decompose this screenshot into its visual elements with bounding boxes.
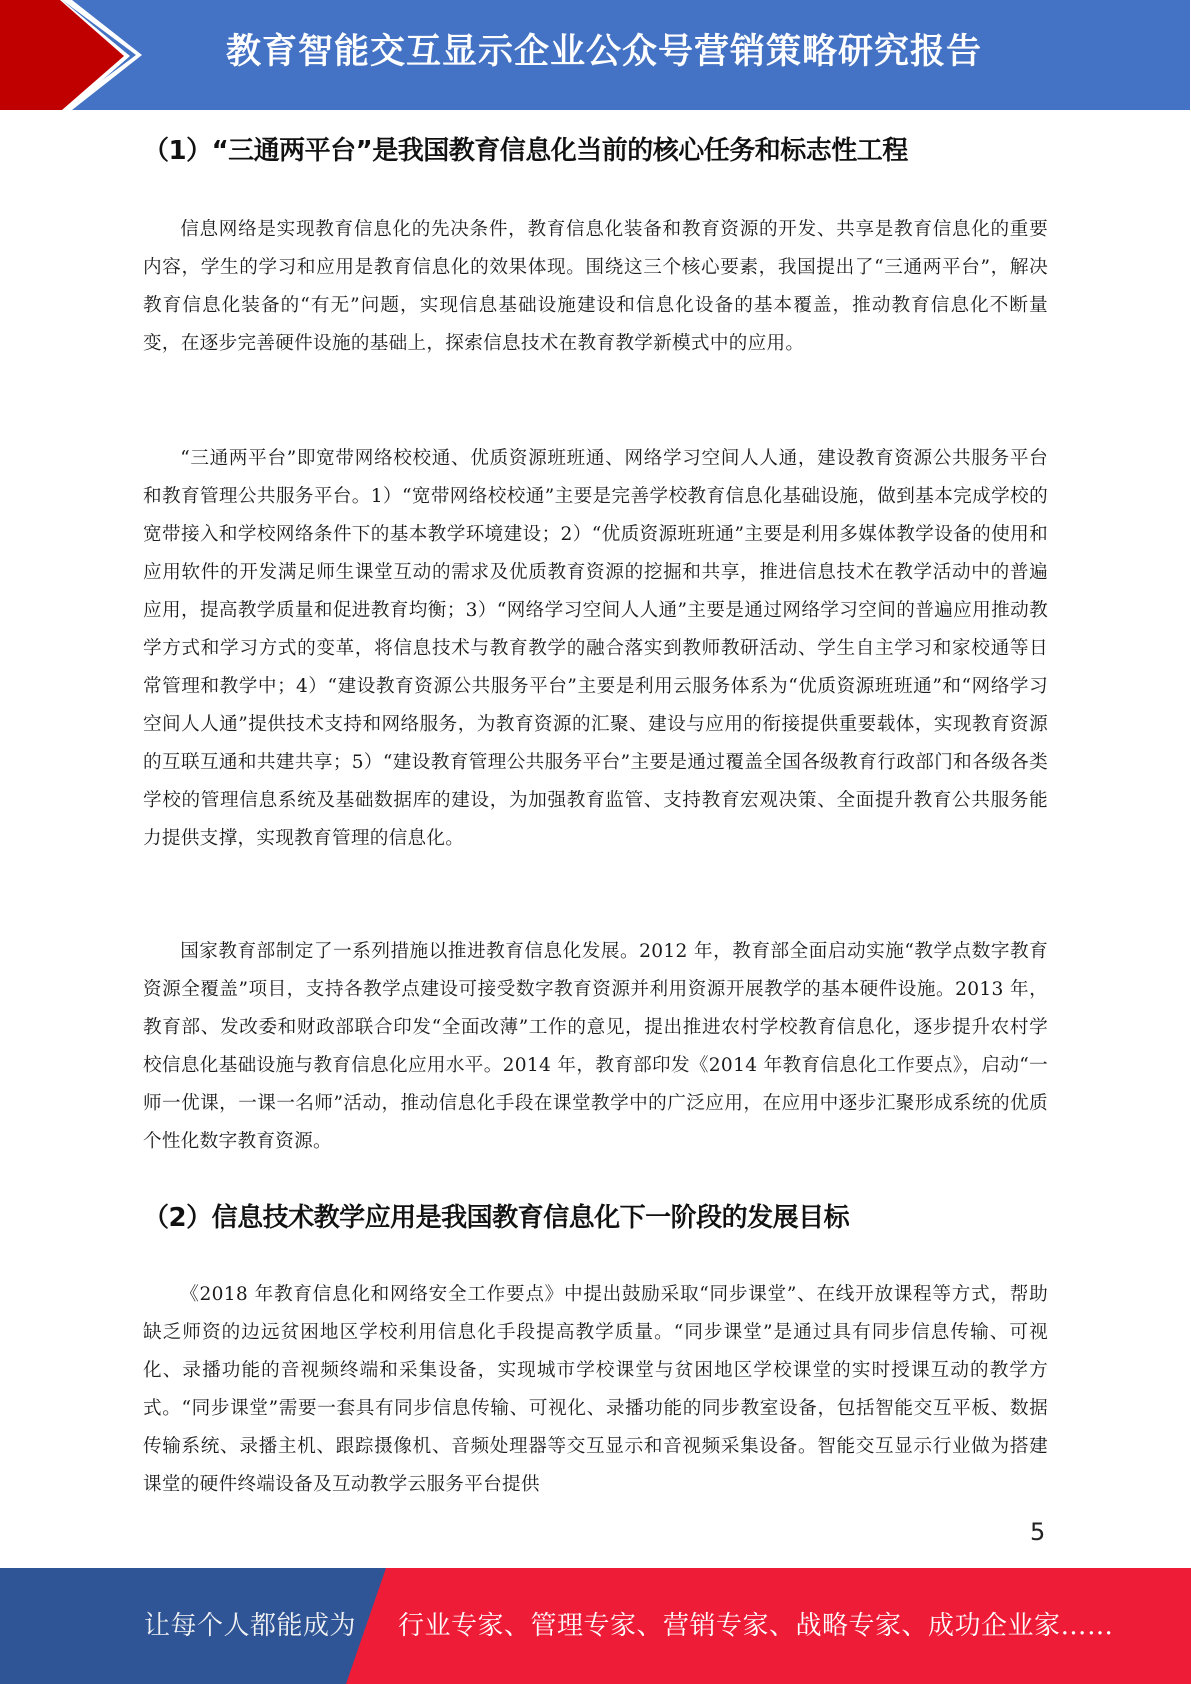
chevron-arrow-icon [0,0,160,110]
paragraph: 信息网络是实现教育信息化的先决条件，教育信息化装备和教育资源的开发、共享是教育信… [143,211,1048,363]
paragraph: 《2018 年教育信息化和网络安全工作要点》中提出鼓励采取“同步课堂”、在线开放… [143,1276,1048,1504]
footer-slogan-right: 行业专家、管理专家、营销专家、战略专家、成功企业家…… [398,1568,1114,1684]
section-heading-2: （2）信息技术教学应用是我国教育信息化下一阶段的发展目标 [143,1197,849,1234]
page-number: 5 [1030,1518,1045,1546]
footer-banner: 让每个人都能成为 行业专家、管理专家、营销专家、战略专家、成功企业家…… [0,1568,1191,1684]
report-header-banner: 教育智能交互显示企业公众号营销策略研究报告 [0,0,1190,110]
footer-slogan-left: 让每个人都能成为 [144,1568,356,1684]
paragraph: “三通两平台”即宽带网络校校通、优质资源班班通、网络学习空间人人通，建设教育资源… [143,440,1048,858]
section-heading-1: （1）“三通两平台”是我国教育信息化当前的核心任务和标志性工程 [143,130,908,167]
paragraph: 国家教育部制定了一系列措施以推进教育信息化发展。2012 年，教育部全面启动实施… [143,933,1048,1161]
report-title: 教育智能交互显示企业公众号营销策略研究报告 [226,0,982,110]
